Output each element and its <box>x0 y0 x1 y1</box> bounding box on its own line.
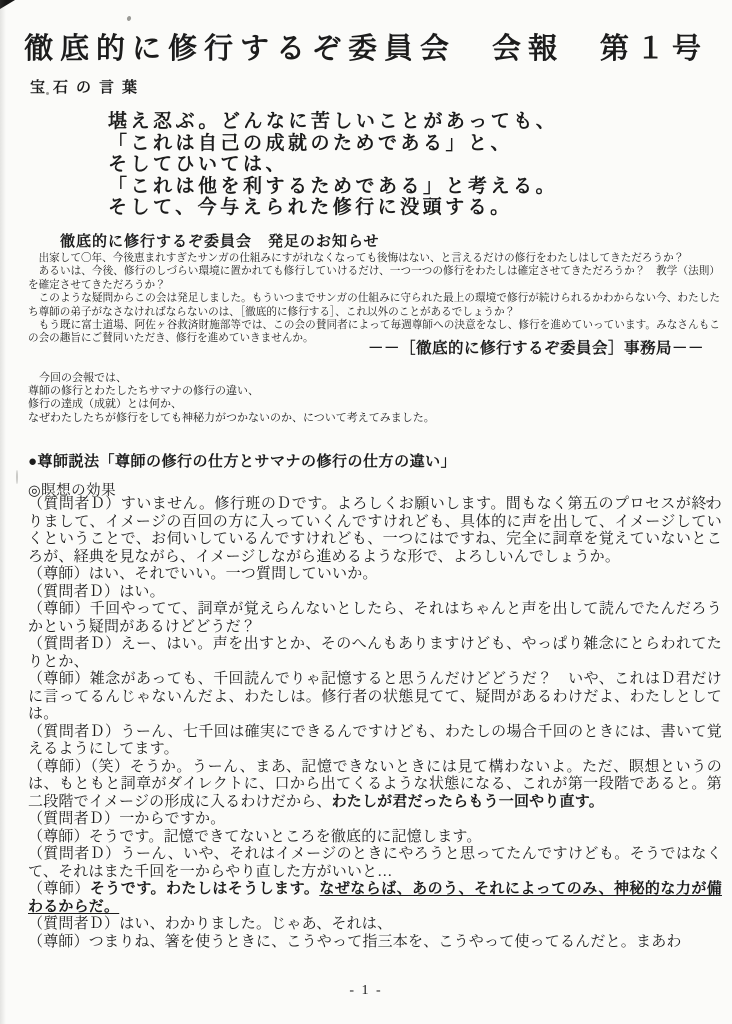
issue-contents-block: 今回の会報では、尊師の修行とわたしたちサマナの修行の違い、修行の達成（成就）とは… <box>28 372 718 425</box>
text-run: （尊師）雑念があっても、千回読んでりゃ記憶すると思うんだけどどうだ？ いや、これ… <box>28 671 722 722</box>
announcement-body: 出家して〇年、今後恵まれすぎたサンガの仕組みにすがれなくなっても後悔はない、と言… <box>28 252 720 346</box>
quote-line: 堪え忍ぶ。どんなに苦しいことがあっても、 <box>108 111 708 133</box>
dialogue-paragraph: （尊師）そうです。わたしはそうします。なぜならば、あのう、それによってのみ、神秘… <box>28 881 722 916</box>
dialogue-paragraph: （尊師）そうです。記憶できてないところを徹底的に記憶します。 <box>28 829 722 847</box>
quote-line: 「これは自己の成就のためである」と、 <box>108 133 708 155</box>
dialogue-paragraph: （尊師）つまりね、箸を使うときに、こうやって指三本を、こうやって使ってるんだと。… <box>28 934 722 952</box>
text-run: （尊師）はい、それでいい。一つ質問していいか。 <box>28 566 378 582</box>
sermon-heading: ●尊師説法「尊師の修行の仕方とサマナの修行の仕方の違い」 <box>28 450 456 471</box>
dialogue-block: （質問者Ｄ）すいません。修行班のＤです。よろしくお願いします。間もなく第五のプロ… <box>28 496 722 951</box>
text-run: （質問者Ｄ）すいません。修行班のＤです。よろしくお願いします。間もなく第五のプロ… <box>28 496 722 565</box>
quote-line: そしてひいては、 <box>108 154 708 176</box>
page-title: 徹底的に修行するぞ委員会 会報 第１号 <box>0 26 732 67</box>
gem-quote-block: 堪え忍ぶ。どんなに苦しいことがあっても、「これは自己の成就のためである」と、そし… <box>108 111 708 219</box>
dialogue-paragraph: （質問者Ｄ）すいません。修行班のＤです。よろしくお願いします。間もなく第五のプロ… <box>28 496 722 566</box>
dialogue-paragraph: （尊師）千回やってて、詞章が覚えらんないとしたら、それはちゃんと声を出して読んで… <box>28 601 722 636</box>
text-run: そうです。わたしはそうします。 <box>90 881 320 897</box>
gem-words-heading: 宝石の言葉 <box>30 76 145 97</box>
contents-line: 尊師の修行とわたしたちサマナの修行の違い、 <box>28 385 718 398</box>
announcement-paragraph: このような疑問からこの会は発足しました。もういつまでサンガの仕組みに守られた最上… <box>28 292 720 319</box>
text-run: （質問者Ｄ）はい。 <box>28 584 165 600</box>
quote-line: 「これは他を利するためである」と考える。 <box>108 176 708 198</box>
dialogue-paragraph: （質問者Ｄ）はい。 <box>28 584 722 602</box>
contents-line: 今回の会報では、 <box>28 372 718 385</box>
text-run: （質問者Ｄ）えー、はい。声を出すとか、そのへんもありますけども、やっぱり雑念にと… <box>28 636 722 670</box>
text-run: （質問者Ｄ）うーん、いや、それはイメージのときにやろうと思ってたんですけども。そ… <box>28 846 722 880</box>
dialogue-paragraph: （尊師）雑念があっても、千回読んでりゃ記憶すると思うんだけどどうだ？ いや、これ… <box>28 671 722 724</box>
dialogue-paragraph: （質問者Ｄ）はい、わかりました。じゃあ、それは、 <box>28 916 722 934</box>
page-number: - 1 - <box>0 983 732 999</box>
scan-edge-shadow <box>0 0 6 1024</box>
text-run: （質問者Ｄ）はい、わかりました。じゃあ、それは、 <box>28 916 392 932</box>
scan-speck <box>16 470 18 484</box>
contents-line: 修行の達成（成就）とは何か、 <box>28 398 718 411</box>
signature-line: －－［徹底的に修行するぞ委員会］事務局－－ <box>368 336 704 358</box>
dialogue-paragraph: （質問者Ｄ）えー、はい。声を出すとか、そのへんもありますけども、やっぱり雑念にと… <box>28 636 722 671</box>
quote-line: そして、今与えられた修行に没頭する。 <box>108 197 708 219</box>
text-run: わたしが君だったらもう一回やり直す。 <box>332 794 604 810</box>
dialogue-paragraph: （質問者Ｄ）一からですか。 <box>28 811 722 829</box>
document-page: 徹底的に修行するぞ委員会 会報 第１号 宝石の言葉 堪え忍ぶ。どんなに苦しいこと… <box>0 0 732 1024</box>
text-run: （尊師） <box>28 881 90 897</box>
text-run: （尊師）千回やってて、詞章が覚えらんないとしたら、それはちゃんと声を出して読んで… <box>28 601 722 635</box>
text-run: （尊師）そうです。記憶できてないところを徹底的に記憶します。 <box>28 829 482 845</box>
announcement-heading: 徹底的に修行するぞ委員会 発足のお知らせ <box>60 230 380 251</box>
text-run: （質問者Ｄ）うーん、七千回は確実にできるんですけども、わたしの場合千回のときには… <box>28 724 722 758</box>
dialogue-paragraph: （尊師）はい、それでいい。一つ質問していいか。 <box>28 566 722 584</box>
dialogue-paragraph: （質問者Ｄ）うーん、七千回は確実にできるんですけども、わたしの場合千回のときには… <box>28 724 722 759</box>
dialogue-paragraph: （質問者Ｄ）うーん、いや、それはイメージのときにやろうと思ってたんですけども。そ… <box>28 846 722 881</box>
contents-line: なぜわたしたちが修行をしても神秘力がつかないのか、について考えてみました。 <box>28 412 718 425</box>
announcement-paragraph: あるいは、今後、修行のしづらい環境に置かれても修行していけるだけ、一つ一つの修行… <box>28 265 720 292</box>
announcement-paragraph: 出家して〇年、今後恵まれすぎたサンガの仕組みにすがれなくなっても後悔はない、と言… <box>28 252 720 265</box>
scan-speck <box>126 15 131 21</box>
text-run: （質問者Ｄ）一からですか。 <box>28 811 225 827</box>
text-run: （尊師）つまりね、箸を使うときに、こうやって指三本を、こうやって使ってるんだと。… <box>28 934 682 950</box>
dialogue-paragraph: （尊師）（笑）そうか。うーん、まあ、記憶できないときには見て構わないよ。ただ、瞑… <box>28 759 722 812</box>
